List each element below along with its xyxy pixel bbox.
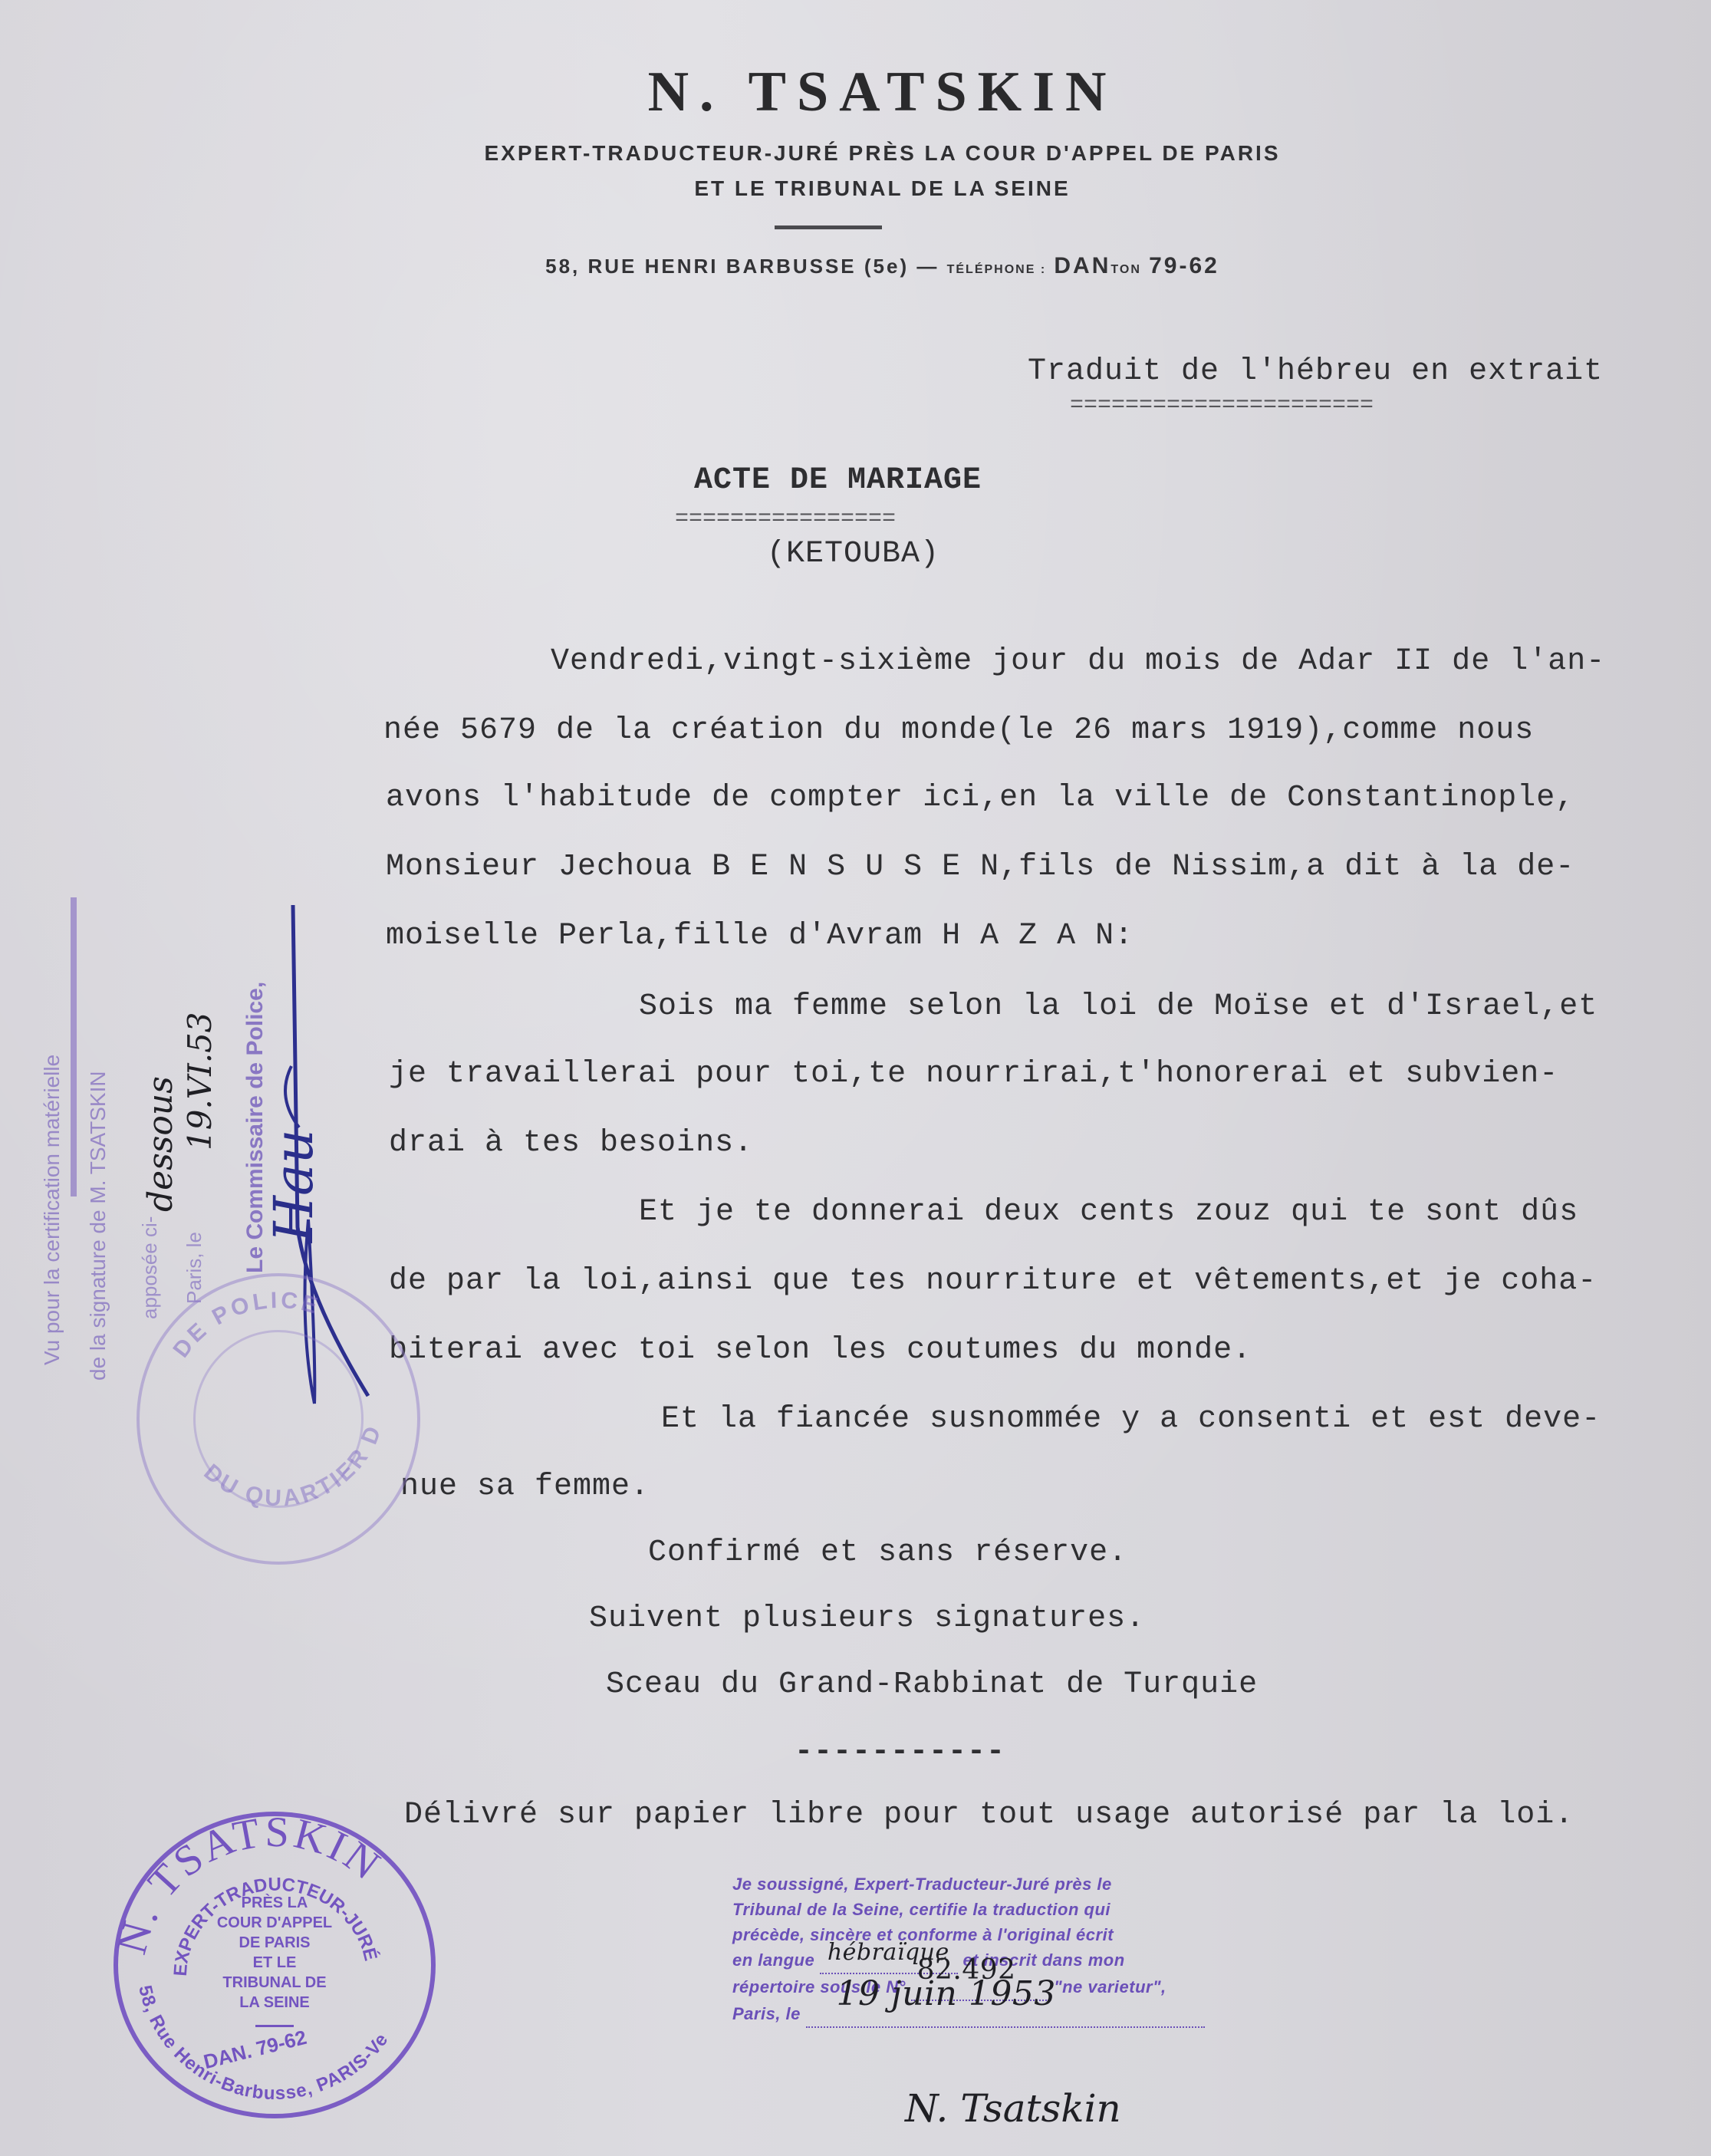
stamp-center-underline [255,2025,294,2027]
cert-language-label: en langue [732,1950,814,1970]
margin-cert-bar [71,897,77,1196]
cert-line: Je soussigné, Expert-Traducteur-Juré prè… [732,1871,1315,1897]
cert-line: précède, sincère et conforme à l'origina… [732,1922,1315,1947]
letterhead-title-line1: EXPERT-TRADUCTEUR-JURÉ PRÈS LA COUR D'AP… [27,141,1711,166]
translation-certification: Je soussigné, Expert-Traducteur-Juré prè… [732,1871,1315,2028]
body-line: drai à tes besoins. [389,1126,753,1160]
stamp-center-line: DE PARIS [118,1933,431,1953]
address-separator: — [916,255,939,278]
closing-separator: ----------- [795,1735,1005,1769]
margin-cert-line2: de la signature de M. TSATSKIN [86,1071,110,1381]
letterhead-title-line2: ET LE TRIBUNAL DE LA SEINE [27,176,1711,201]
body-line: de par la loi,ainsi que tes nourriture e… [389,1264,1597,1299]
body-line: née 5679 de la création du monde(le 26 m… [383,713,1534,748]
body-line: avons l'habitude de compter ici,en la vi… [386,781,1574,815]
cert-date-handwritten: 19 juin 1953 [837,1981,1056,2006]
stamp-center-line: TRIBUNAL DE [118,1973,431,1993]
translator-stamp-center: PRÈS LA COUR D'APPEL DE PARIS ET LE TRIB… [118,1893,431,2033]
body-line: moiselle Perla,fille d'Avram H A Z A N: [386,919,1134,953]
cert-ne-varietur: "ne varietur", [1054,1977,1166,1996]
delivered-statement: Délivré sur papier libre pour tout usage… [404,1798,1574,1832]
body-line: Vendredi,vingt-sixième jour du mois de A… [551,644,1605,679]
margin-handwritten-date: 19.VI.53 [181,1012,219,1150]
stamp-center-line: LA SEINE [118,1993,431,2013]
police-stamp: DE POLICE DU QUARTIER DU [137,1273,420,1565]
phone-exchange: DAN [1054,253,1111,278]
letterhead-address: 58, RUE HENRI BARBUSSE (5e) — TÉLÉPHONE … [27,253,1711,279]
body-line: Et je te donnerai deux cents zouz qui te… [639,1195,1578,1229]
letterhead-divider [775,225,882,229]
body-line: biterai avec toi selon les coutumes du m… [389,1333,1252,1368]
stamp-center-line: COUR D'APPEL [118,1913,431,1933]
letterhead-name: N. TSATSKIN [27,60,1711,125]
margin-handwritten-word: dessous [141,1076,180,1212]
document-title-underline: ================ [675,506,896,532]
cert-line: en langue hébraïque et inscrit dans mon [732,1947,1315,1974]
body-line: Sois ma femme selon la loi de Moïse et d… [639,989,1597,1024]
closing-line: Suivent plusieurs signatures. [589,1601,1145,1636]
cert-line: Paris, le 19 juin 1953 [732,2001,1315,2028]
phone-label: TÉLÉPHONE : [947,263,1047,276]
translation-note: Traduit de l'hébreu en extrait [1028,354,1603,389]
document-subtitle: (KETOUBA) [767,537,939,571]
stamp-center-line: PRÈS LA [118,1893,431,1913]
phone-exchange-suffix: TON [1111,263,1140,276]
svg-text:DE POLICE: DE POLICE [168,1288,323,1363]
body-line: Et la fiancée susnommée y a consenti et … [661,1402,1601,1437]
closing-line: Sceau du Grand-Rabbinat de Turquie [606,1667,1258,1702]
body-line: je travaillerai pour toi,te nourrirai,t'… [389,1057,1558,1091]
address-street: 58, RUE HENRI BARBUSSE (5e) [545,255,909,278]
body-line: Monsieur Jechoua B E N S U S E N,fils de… [386,850,1574,884]
cert-line: Tribunal de la Seine, certifie la traduc… [732,1897,1315,1922]
closing-line: Confirmé et sans réserve. [648,1536,1127,1570]
cert-date-field: 19 juin 1953 [806,2001,1205,2028]
translator-stamp: N. TSATSKIN EXPERT-TRADUCTEUR-JURÉ 58, R… [114,1812,436,2118]
stamp-center-line: ET LE [118,1953,431,1973]
translation-note-underline: ====================== [1070,393,1374,419]
margin-cert-line1: Vu pour la certification matérielle [40,1055,64,1365]
police-stamp-text-icon: DE POLICE DU QUARTIER DU [137,1273,420,1565]
document-title: ACTE DE MARIAGE [694,463,982,498]
translator-signature: N. Tsatskin [905,2086,1121,2131]
phone-number: 79-62 [1149,253,1219,278]
cert-date-label: Paris, le [732,2004,801,2023]
body-line: nue sa femme. [400,1470,650,1504]
